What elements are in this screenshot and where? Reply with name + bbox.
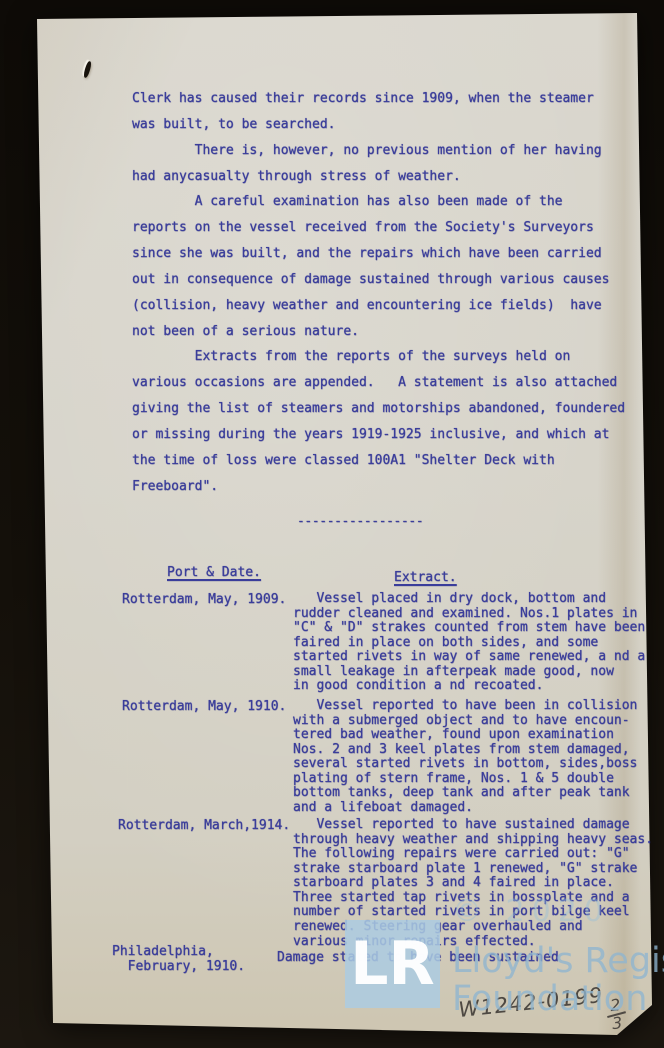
port-date-line: Rotterdam, March,1914. <box>118 818 290 833</box>
fraction-numerator: 2 <box>610 998 623 1013</box>
port-date-line: Rotterdam, May, 1910. <box>122 699 286 714</box>
port-date-cell: Rotterdam, May, 1910. <box>122 699 286 714</box>
extract-line: tered bad weather, found upon examinatio… <box>293 728 653 743</box>
extract-line: and a lifeboat damaged. <box>293 801 653 816</box>
extract-line: Vessel reported to have been in collisio… <box>293 699 653 714</box>
extract-line: various minor repairs effected. <box>293 935 653 950</box>
extract-line: Vessel reported to have sustained damage <box>293 818 653 833</box>
port-date-line: Rotterdam, May, 1909. <box>122 592 286 607</box>
survey-table: Rotterdam, May, 1909. Vessel placed in d… <box>0 0 664 1048</box>
photo-background: Clerk has caused their records since 190… <box>0 0 664 1048</box>
extract-cell: Vessel reported to have sustained damage… <box>293 818 653 949</box>
extract-line: rudder cleaned and examined. Nos.1 plate… <box>293 607 653 622</box>
extract-cell: Damage stated to have been sustained <box>277 951 637 966</box>
port-date-cell: Philadelphia, February, 1910. <box>112 944 245 974</box>
extract-line: number of started rivets in port bilge k… <box>293 905 653 920</box>
extract-line: "C" & "D" strakes counted from stem have… <box>293 621 653 636</box>
extract-line: in good condition a nd recoated. <box>293 679 653 694</box>
extract-line: through heavy weather and shipping heavy… <box>293 833 653 848</box>
fraction-denominator: 3 <box>611 1016 624 1031</box>
extract-line: starboard plates 3 and 4 faired in place… <box>293 876 653 891</box>
extract-line: with a submerged object and to have enco… <box>293 714 653 729</box>
extract-cell: Vessel placed in dry dock, bottom andrud… <box>293 592 653 694</box>
port-date-line: Philadelphia, <box>112 944 245 959</box>
extract-cell: Vessel reported to have been in collisio… <box>293 699 653 816</box>
extract-line: Vessel placed in dry dock, bottom and <box>293 592 653 607</box>
port-date-cell: Rotterdam, March,1914. <box>118 818 290 833</box>
reference-fraction: 23 <box>606 998 628 1032</box>
extract-line: The following repairs were carried out: … <box>293 847 653 862</box>
extract-line: several started rivets in bottom, sides,… <box>293 757 653 772</box>
extract-line: Damage stated to have been sustained <box>277 951 637 966</box>
extract-line: started rivets in way of same renewed, a… <box>293 650 653 665</box>
extract-line: bottom tanks, deep tank and after peak t… <box>293 786 653 801</box>
extract-line: renewed. Steering gear overhauled and <box>293 920 653 935</box>
port-date-cell: Rotterdam, May, 1909. <box>122 592 286 607</box>
port-date-line: February, 1910. <box>112 959 245 974</box>
